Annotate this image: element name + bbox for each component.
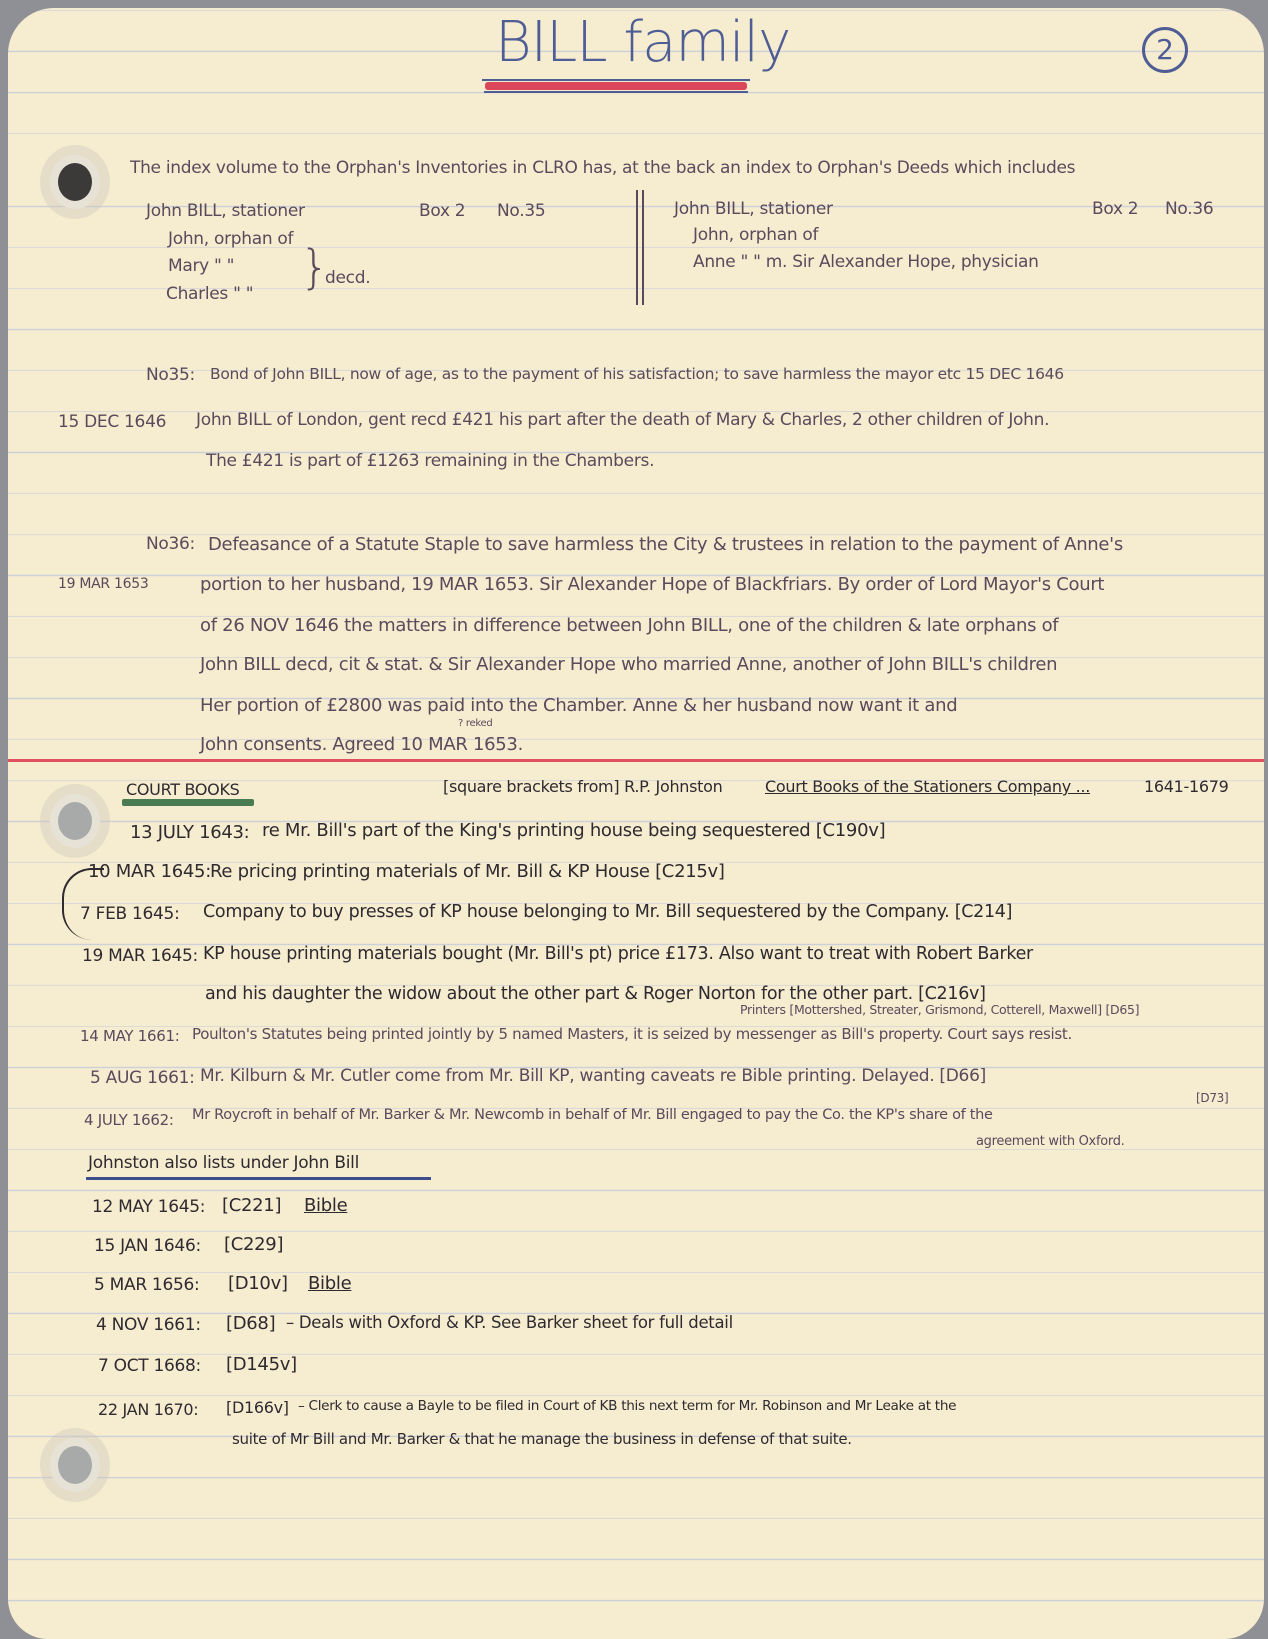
court-entry-ref: [D73] (1196, 1091, 1228, 1105)
johnston-ref: [D166v] (226, 1398, 289, 1417)
no36-line: Her portion of £2800 was paid into the C… (200, 695, 957, 716)
court-books-source: [square brackets from] R.P. Johnston (443, 777, 722, 796)
johnston-heading: Johnston also lists under John Bill (88, 1153, 359, 1173)
index36-number: No.36 (1165, 199, 1213, 219)
court-entry-date: 13 JULY 1643: (130, 822, 249, 843)
court-entry-text: Mr Roycroft in behalf of Mr. Barker & Mr… (192, 1107, 993, 1123)
no35-line3: The £421 is part of £1263 remaining in t… (206, 451, 654, 471)
index35-line: John, orphan of (168, 229, 293, 249)
index36-line: John, orphan of (693, 225, 818, 245)
johnston-text: – Clerk to cause a Bayle to be filed in … (298, 1398, 956, 1414)
johnston-date: 15 JAN 1646: (94, 1236, 201, 1256)
no35-line2: John BILL of London, gent recd £421 his … (196, 410, 1049, 430)
johnston-date: 5 MAR 1656: (94, 1275, 199, 1295)
no36-superscript: ? reked (458, 718, 492, 729)
johnston-text: Bible (304, 1195, 347, 1216)
johnston-date: 22 JAN 1670: (98, 1400, 198, 1419)
index36-heading: John BILL, stationer (674, 199, 833, 219)
johnston-cont: suite of Mr Bill and Mr. Barker & that h… (232, 1430, 852, 1448)
binder-hole-bottom (58, 1446, 92, 1484)
no36-line: Defeasance of a Statute Staple to save h… (208, 534, 1123, 555)
index35-heading: John BILL, stationer (146, 201, 305, 221)
no36-line: John consents. Agreed 10 MAR 1653. (200, 734, 523, 755)
court-entry-date: 19 MAR 1645: (82, 946, 198, 966)
column-divider (642, 190, 644, 305)
no35-label: No35: (146, 365, 195, 385)
no36-line: John BILL decd, cit & stat. & Sir Alexan… (200, 654, 1057, 675)
index35-line: Charles " " (166, 284, 253, 304)
court-books-heading: COURT BOOKS (126, 780, 240, 799)
court-entry-text: Company to buy presses of KP house belon… (203, 902, 1012, 922)
johnston-date: 4 NOV 1661: (96, 1315, 201, 1335)
court-entry-text: KP house printing materials bought (Mr. … (203, 944, 1033, 964)
page-number-badge: 2 (1142, 27, 1188, 73)
no35-date: 15 DEC 1646 (58, 412, 166, 432)
index36-box: Box 2 (1092, 199, 1138, 219)
index35-note: decd. (325, 268, 370, 288)
column-divider (636, 190, 638, 305)
no36-label: No36: (146, 534, 195, 554)
binder-hole-top (58, 163, 92, 201)
title-underline (484, 91, 748, 93)
court-entry-text: re Mr. Bill's part of the King's printin… (262, 820, 885, 841)
index35-box: Box 2 (419, 201, 465, 221)
binder-hole-middle (58, 802, 92, 840)
johnston-ref: [D68] (226, 1313, 275, 1334)
court-entry-cont: agreement with Oxford. (976, 1134, 1124, 1149)
court-entry-cont: and his daughter the widow about the oth… (205, 984, 986, 1004)
no36-line: of 26 NOV 1646 the matters in difference… (200, 615, 1058, 636)
court-entry-text: Re pricing printing materials of Mr. Bil… (210, 861, 725, 882)
index36-line: Anne " " m. Sir Alexander Hope, physicia… (693, 252, 1039, 272)
title-underline (482, 79, 750, 81)
no35-line1: Bond of John BILL, now of age, as to the… (210, 365, 1064, 383)
johnston-date: 12 MAY 1645: (92, 1197, 205, 1217)
court-entry-date: 14 MAY 1661: (80, 1027, 179, 1045)
court-entry-text: Mr. Kilburn & Mr. Cutler come from Mr. B… (200, 1066, 986, 1086)
index35-number: No.35 (497, 201, 545, 221)
court-entry-date: 5 AUG 1661: (90, 1068, 195, 1088)
court-entry-text: Poulton's Statutes being printed jointly… (192, 1025, 1072, 1043)
no36-line: portion to her husband, 19 MAR 1653. Sir… (200, 574, 1104, 595)
johnston-ref: [C221] (222, 1195, 281, 1216)
johnston-ref: [D10v] (228, 1273, 288, 1294)
page-title: BILL family (495, 10, 790, 75)
court-entry-date: 4 JULY 1662: (84, 1111, 174, 1129)
johnston-ref: [D145v] (226, 1354, 297, 1375)
johnston-ref: [C229] (224, 1234, 283, 1255)
heading-underline (86, 1177, 431, 1180)
court-books-source-title: Court Books of the Stationers Company ..… (765, 777, 1090, 796)
court-entry-date: 10 MAR 1645: (88, 861, 211, 882)
johnston-date: 7 OCT 1668: (98, 1356, 201, 1376)
johnston-text: Bible (308, 1273, 351, 1294)
court-entry-date: 7 FEB 1645: (80, 904, 180, 924)
johnston-text: – Deals with Oxford & KP. See Barker she… (286, 1313, 733, 1332)
heading-underline (122, 799, 254, 806)
intro-text: The index volume to the Orphan's Invento… (130, 158, 1075, 178)
court-books-years: 1641-1679 (1144, 777, 1229, 796)
court-entry-insert: Printers [Mottershed, Streater, Grismond… (740, 1002, 1139, 1017)
section-divider (8, 759, 1264, 762)
no36-date: 19 MAR 1653 (58, 576, 148, 592)
index35-line: Mary " " (168, 256, 234, 276)
title-underline-red (485, 82, 747, 90)
